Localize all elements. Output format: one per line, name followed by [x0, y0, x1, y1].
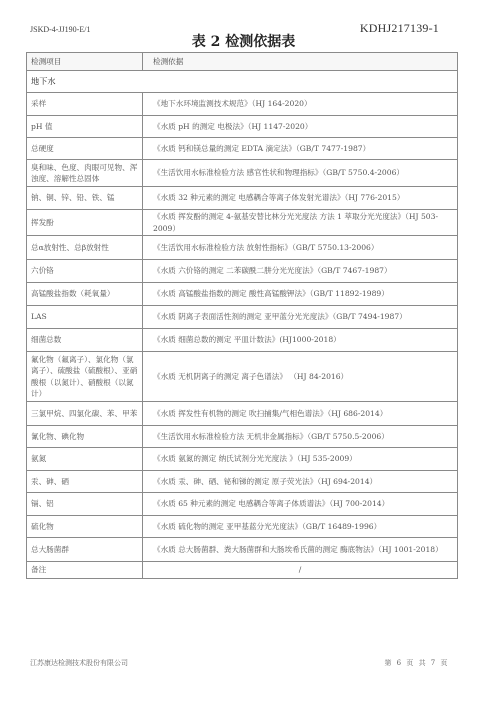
- page-title: 表 2 检测依据表: [0, 31, 487, 51]
- table-row: 汞、砷、硒《水质 汞、砷、硒、铋和锑的测定 原子荧光法》（HJ 694-2014…: [27, 471, 458, 493]
- item-cell: 硫化物: [27, 516, 143, 538]
- table-row: 总大肠菌群《水质 总大肠菌群、粪大肠菌群和大肠埃希氏菌的测定 酶底物法》（HJ …: [27, 538, 458, 562]
- item-cell: LAS: [27, 306, 143, 329]
- basis-cell: 《生活饮用水标准检验方法 感官性状和物理指标》（GB/T 5750.4-2006…: [143, 160, 458, 187]
- column-header-item: 检测项目: [27, 53, 143, 71]
- remark-value: /: [143, 562, 458, 579]
- basis-cell: 《水质 无机阴离子的测定 离子色谱法》 （HJ 84-2016）: [143, 352, 458, 402]
- item-cell: 氟化物（氟离子）、氯化物（氯离子）、硫酸盐（硫酸根）、亚硝酸根（以氮计）、硝酸根…: [27, 352, 143, 402]
- basis-table-container: 检测项目 检测依据 地下水 采样《地下水环境监测技术规范》（HJ 164-202…: [26, 52, 457, 579]
- table-row: 氰化物、碘化物《生活饮用水标准检验方法 无机非金属指标》（GB/T 5750.5…: [27, 426, 458, 448]
- table-row: 镉、铝《水质 65 种元素的测定 电感耦合等离子体质谱法》（HJ 700-201…: [27, 493, 458, 516]
- item-cell: 钠、铜、锌、铅、铁、锰: [27, 187, 143, 210]
- table-row: LAS《水质 阴离子表面活性剂的测定 亚甲蓝分光光度法》（GB/T 7494-1…: [27, 306, 458, 329]
- basis-cell: 《水质 挥发酚的测定 4-氨基安替比林分光光度法 方法 1 萃取分光光度法》（H…: [143, 210, 458, 236]
- item-cell: 六价铬: [27, 260, 143, 283]
- item-cell: 细菌总数: [27, 329, 143, 352]
- basis-cell: 《水质 细菌总数的测定 平皿计数法》(HJ1000-2018）: [143, 329, 458, 352]
- item-cell: 氰化物、碘化物: [27, 426, 143, 448]
- remark-row: 备注/: [27, 562, 458, 579]
- basis-cell: 《生活饮用水标准检验方法 无机非金属指标》（GB/T 5750.5-2006）: [143, 426, 458, 448]
- footer-page-number: 第 6 页 共 7 页: [384, 658, 449, 668]
- item-cell: 汞、砷、硒: [27, 471, 143, 493]
- table-row: 三氯甲烷、四氯化碳、苯、甲苯《水质 挥发性有机物的测定 吹扫捕集/气相色谱法》（…: [27, 402, 458, 426]
- table-row: 臭和味、色度、肉眼可见物、浑浊度、溶解性总固体《生活饮用水标准检验方法 感官性状…: [27, 160, 458, 187]
- table-row: 硫化物《水质 硫化物的测定 亚甲基蓝分光光度法》（GB/T 16489-1996…: [27, 516, 458, 538]
- basis-cell: 《水质 钙和镁总量的测定 EDTA 滴定法》（GB/T 7477-1987）: [143, 138, 458, 160]
- table-row: 细菌总数《水质 细菌总数的测定 平皿计数法》(HJ1000-2018）: [27, 329, 458, 352]
- basis-cell: 《水质 总大肠菌群、粪大肠菌群和大肠埃希氏菌的测定 酶底物法》（HJ 1001-…: [143, 538, 458, 562]
- basis-cell: 《水质 pH 的测定 电极法》（HJ 1147-2020）: [143, 116, 458, 138]
- item-cell: 臭和味、色度、肉眼可见物、浑浊度、溶解性总固体: [27, 160, 143, 187]
- item-cell: 总硬度: [27, 138, 143, 160]
- remark-label: 备注: [27, 562, 143, 579]
- table-row: 总α放射性、总β放射性《生活饮用水标准检验方法 放射性指标》（GB/T 5750…: [27, 236, 458, 260]
- item-cell: 氨氮: [27, 448, 143, 471]
- item-cell: 镉、铝: [27, 493, 143, 516]
- item-cell: 采样: [27, 93, 143, 116]
- table-row: 六价铬《水质 六价铬的测定 二苯碳酰二肼分光光度法》（GB/T 7467-198…: [27, 260, 458, 283]
- basis-cell: 《水质 氨氮的测定 纳氏试剂分光光度法 》（HJ 535-2009）: [143, 448, 458, 471]
- item-cell: 挥发酚: [27, 210, 143, 236]
- item-cell: 总大肠菌群: [27, 538, 143, 562]
- section-row: 地下水: [27, 71, 458, 93]
- table-row: 氟化物（氟离子）、氯化物（氯离子）、硫酸盐（硫酸根）、亚硝酸根（以氮计）、硝酸根…: [27, 352, 458, 402]
- basis-table: 检测项目 检测依据 地下水 采样《地下水环境监测技术规范》（HJ 164-202…: [26, 52, 458, 579]
- table-row: 挥发酚《水质 挥发酚的测定 4-氨基安替比林分光光度法 方法 1 萃取分光光度法…: [27, 210, 458, 236]
- table-row: 采样《地下水环境监测技术规范》（HJ 164-2020）: [27, 93, 458, 116]
- basis-cell: 《水质 硫化物的测定 亚甲基蓝分光光度法》（GB/T 16489-1996）: [143, 516, 458, 538]
- table-row: pH 值《水质 pH 的测定 电极法》（HJ 1147-2020）: [27, 116, 458, 138]
- basis-cell: 《水质 65 种元素的测定 电感耦合等离子体质谱法》（HJ 700-2014）: [143, 493, 458, 516]
- section-label: 地下水: [27, 71, 458, 93]
- basis-cell: 《水质 32 种元素的测定 电感耦合等离子体发射光谱法》（HJ 776-2015…: [143, 187, 458, 210]
- footer-company: 江苏康达检测技术股份有限公司: [30, 658, 128, 668]
- basis-cell: 《水质 挥发性有机物的测定 吹扫捕集/气相色谱法》（HJ 686-2014）: [143, 402, 458, 426]
- basis-cell: 《水质 六价铬的测定 二苯碳酰二肼分光光度法》（GB/T 7467-1987）: [143, 260, 458, 283]
- basis-cell: 《水质 阴离子表面活性剂的测定 亚甲蓝分光光度法》（GB/T 7494-1987…: [143, 306, 458, 329]
- basis-cell: 《生活饮用水标准检验方法 放射性指标》（GB/T 5750.13-2006）: [143, 236, 458, 260]
- basis-cell: 《地下水环境监测技术规范》（HJ 164-2020）: [143, 93, 458, 116]
- table-header-row: 检测项目 检测依据: [27, 53, 458, 71]
- basis-cell: 《水质 汞、砷、硒、铋和锑的测定 原子荧光法》（HJ 694-2014）: [143, 471, 458, 493]
- item-cell: 三氯甲烷、四氯化碳、苯、甲苯: [27, 402, 143, 426]
- item-cell: pH 值: [27, 116, 143, 138]
- item-cell: 总α放射性、总β放射性: [27, 236, 143, 260]
- basis-cell: 《水质 高锰酸盐指数的测定 酸性高锰酸钾法》（GB/T 11892-1989）: [143, 283, 458, 306]
- table-row: 氨氮《水质 氨氮的测定 纳氏试剂分光光度法 》（HJ 535-2009）: [27, 448, 458, 471]
- column-header-basis: 检测依据: [143, 53, 458, 71]
- table-row: 钠、铜、锌、铅、铁、锰《水质 32 种元素的测定 电感耦合等离子体发射光谱法》（…: [27, 187, 458, 210]
- item-cell: 高锰酸盐指数（耗氧量）: [27, 283, 143, 306]
- table-row: 高锰酸盐指数（耗氧量）《水质 高锰酸盐指数的测定 酸性高锰酸钾法》（GB/T 1…: [27, 283, 458, 306]
- table-row: 总硬度《水质 钙和镁总量的测定 EDTA 滴定法》（GB/T 7477-1987…: [27, 138, 458, 160]
